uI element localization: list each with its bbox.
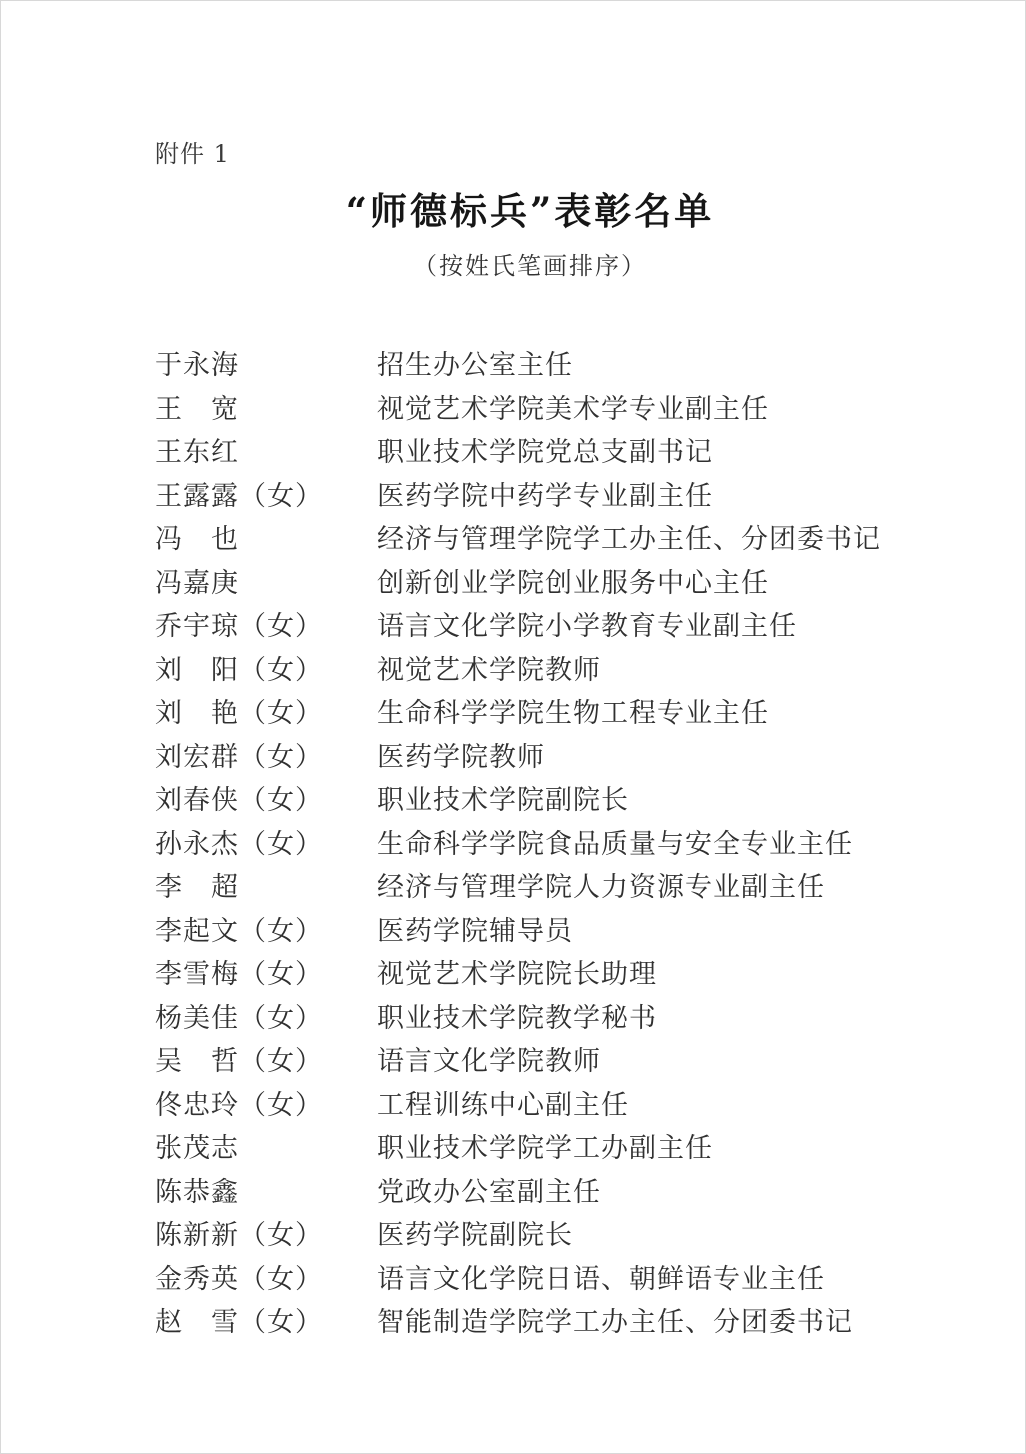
person-position: 医药学院辅导员 — [377, 909, 905, 948]
list-item: 孙永杰（女）生命科学学院食品质量与安全专业主任 — [155, 819, 905, 863]
person-position: 语言文化学院日语、朝鲜语专业主任 — [377, 1257, 905, 1296]
person-name: 李起文（女） — [155, 909, 377, 948]
list-item: 张茂志职业技术学院学工办副主任 — [155, 1124, 905, 1168]
person-name: 孙永杰（女） — [155, 822, 377, 861]
person-position: 语言文化学院教师 — [377, 1039, 905, 1078]
person-name: 冯嘉庚 — [155, 561, 377, 600]
person-name: 王东红 — [155, 430, 377, 469]
person-name: 赵 雪（女） — [155, 1300, 377, 1339]
person-position: 职业技术学院学工办副主任 — [377, 1126, 905, 1165]
person-name: 李雪梅（女） — [155, 952, 377, 991]
person-name: 金秀英（女） — [155, 1257, 377, 1296]
person-name: 王 宽 — [155, 387, 377, 426]
document-content: 附件 1 “师德标兵”表彰名单 （按姓氏笔画排序） 于永海招生办公室主任王 宽视… — [1, 1, 1025, 1341]
list-item: 金秀英（女）语言文化学院日语、朝鲜语专业主任 — [155, 1254, 905, 1298]
person-position: 党政办公室副主任 — [377, 1170, 905, 1209]
person-position: 语言文化学院小学教育专业副主任 — [377, 604, 905, 643]
person-name: 陈新新（女） — [155, 1213, 377, 1252]
page-subtitle: （按姓氏笔画排序） — [155, 251, 905, 281]
award-list: 于永海招生办公室主任王 宽视觉艺术学院美术学专业副主任王东红职业技术学院党总支副… — [155, 341, 905, 1342]
person-name: 刘宏群（女） — [155, 735, 377, 774]
person-name: 佟忠玲（女） — [155, 1083, 377, 1122]
person-name: 张茂志 — [155, 1126, 377, 1165]
person-position: 职业技术学院党总支副书记 — [377, 430, 905, 469]
list-item: 乔宇琼（女）语言文化学院小学教育专业副主任 — [155, 602, 905, 646]
list-item: 陈恭鑫党政办公室副主任 — [155, 1167, 905, 1211]
person-position: 视觉艺术学院教师 — [377, 648, 905, 687]
list-item: 赵 雪（女）智能制造学院学工办主任、分团委书记 — [155, 1298, 905, 1342]
list-item: 陈新新（女）医药学院副院长 — [155, 1211, 905, 1255]
page-title: “师德标兵”表彰名单 — [155, 189, 905, 233]
person-position: 视觉艺术学院美术学专业副主任 — [377, 387, 905, 426]
list-item: 李起文（女）医药学院辅导员 — [155, 906, 905, 950]
list-item: 冯 也经济与管理学院学工办主任、分团委书记 — [155, 515, 905, 559]
person-position: 工程训练中心副主任 — [377, 1083, 905, 1122]
person-name: 王露露（女） — [155, 474, 377, 513]
person-position: 职业技术学院教学秘书 — [377, 996, 905, 1035]
person-position: 智能制造学院学工办主任、分团委书记 — [377, 1300, 905, 1339]
list-item: 刘春侠（女）职业技术学院副院长 — [155, 776, 905, 820]
list-item: 佟忠玲（女）工程训练中心副主任 — [155, 1080, 905, 1124]
person-name: 刘 阳（女） — [155, 648, 377, 687]
person-name: 吴 哲（女） — [155, 1039, 377, 1078]
person-position: 视觉艺术学院院长助理 — [377, 952, 905, 991]
person-position: 生命科学学院食品质量与安全专业主任 — [377, 822, 905, 861]
list-item: 冯嘉庚创新创业学院创业服务中心主任 — [155, 558, 905, 602]
person-position: 经济与管理学院学工办主任、分团委书记 — [377, 517, 905, 556]
list-item: 王 宽视觉艺术学院美术学专业副主任 — [155, 384, 905, 428]
document-page: 附件 1 “师德标兵”表彰名单 （按姓氏笔画排序） 于永海招生办公室主任王 宽视… — [0, 0, 1026, 1454]
attachment-label: 附件 1 — [155, 141, 905, 167]
person-position: 经济与管理学院人力资源专业副主任 — [377, 865, 905, 904]
person-name: 杨美佳（女） — [155, 996, 377, 1035]
person-position: 创新创业学院创业服务中心主任 — [377, 561, 905, 600]
person-position: 生命科学学院生物工程专业主任 — [377, 691, 905, 730]
list-item: 李 超经济与管理学院人力资源专业副主任 — [155, 863, 905, 907]
list-item: 杨美佳（女）职业技术学院教学秘书 — [155, 993, 905, 1037]
person-name: 乔宇琼（女） — [155, 604, 377, 643]
person-name: 刘 艳（女） — [155, 691, 377, 730]
list-item: 李雪梅（女）视觉艺术学院院长助理 — [155, 950, 905, 994]
person-position: 医药学院教师 — [377, 735, 905, 774]
list-item: 于永海招生办公室主任 — [155, 341, 905, 385]
list-item: 刘 阳（女）视觉艺术学院教师 — [155, 645, 905, 689]
person-name: 冯 也 — [155, 517, 377, 556]
person-position: 医药学院中药学专业副主任 — [377, 474, 905, 513]
list-item: 王东红职业技术学院党总支副书记 — [155, 428, 905, 472]
person-name: 刘春侠（女） — [155, 778, 377, 817]
person-position: 职业技术学院副院长 — [377, 778, 905, 817]
person-name: 于永海 — [155, 343, 377, 382]
person-name: 陈恭鑫 — [155, 1170, 377, 1209]
list-item: 吴 哲（女）语言文化学院教师 — [155, 1037, 905, 1081]
list-item: 王露露（女）医药学院中药学专业副主任 — [155, 471, 905, 515]
person-position: 招生办公室主任 — [377, 343, 905, 382]
list-item: 刘 艳（女）生命科学学院生物工程专业主任 — [155, 689, 905, 733]
person-position: 医药学院副院长 — [377, 1213, 905, 1252]
list-item: 刘宏群（女）医药学院教师 — [155, 732, 905, 776]
person-name: 李 超 — [155, 865, 377, 904]
